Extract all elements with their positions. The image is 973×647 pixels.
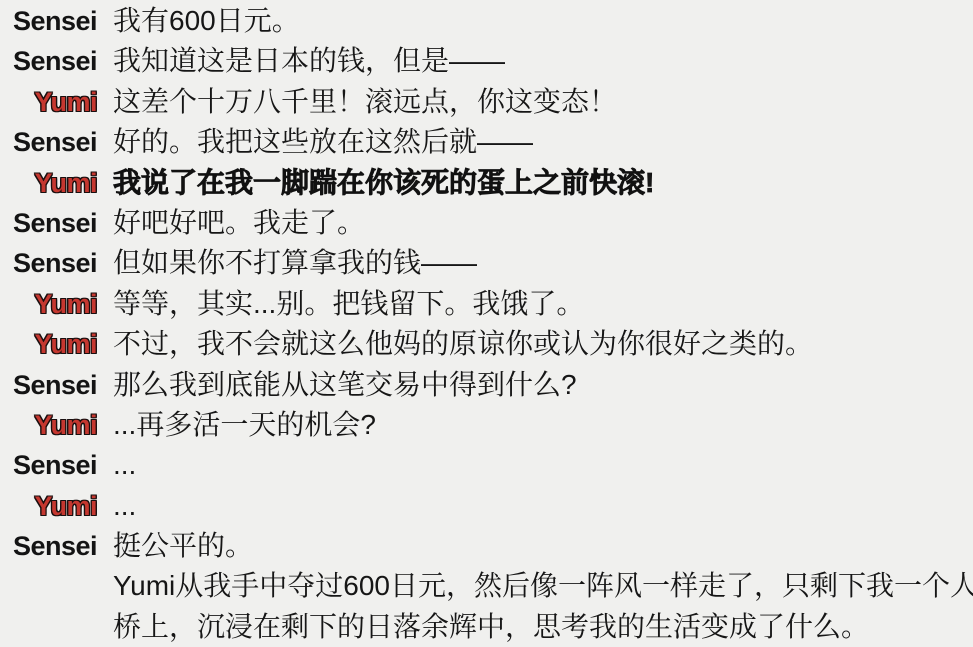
dialogue-text: 好的。我把这些放在这然后就—— (113, 122, 533, 162)
dialogue-text-emphasis: 我说了在我一脚踹在你该死的蛋上之前快滚! (113, 163, 654, 203)
narration-row: 桥上，沉浸在剩下的日落余辉中，思考我的生活变成了什么。 (0, 607, 973, 647)
dialogue-row: Sensei 好吧好吧。我走了。 (0, 203, 973, 243)
narration-text: 桥上，沉浸在剩下的日落余辉中，思考我的生活变成了什么。 (113, 607, 869, 647)
dialogue-text: ... (113, 486, 136, 526)
speaker-name: Yumi (0, 486, 97, 526)
dialogue-text: 但如果你不打算拿我的钱—— (113, 243, 477, 283)
dialogue-text: 好吧好吧。我走了。 (113, 203, 365, 243)
speaker-name: Sensei (0, 243, 97, 283)
speaker-name: Sensei (0, 122, 97, 162)
dialogue-row: Sensei ... (0, 445, 973, 485)
dialogue-row: Yumi ...再多活一天的机会? (0, 405, 973, 445)
speaker-name: Sensei (0, 365, 97, 405)
speaker-name: Yumi (0, 405, 97, 445)
speaker-name: Sensei (0, 1, 97, 41)
dialogue-text: 这差个十万八千里！滚远点，你这变态！ (113, 82, 617, 122)
dialogue-row: Sensei 但如果你不打算拿我的钱—— (0, 243, 973, 283)
dialogue-row: Sensei 好的。我把这些放在这然后就—— (0, 122, 973, 162)
dialogue-row: Sensei 挺公平的。 (0, 526, 973, 566)
dialogue-text: 不过，我不会就这么他妈的原谅你或认为你很好之类的。 (113, 324, 813, 364)
dialogue-row: Yumi ... (0, 486, 973, 526)
dialogue-row: Sensei 那么我到底能从这笔交易中得到什么? (0, 365, 973, 405)
dialogue-row: Yumi 不过，我不会就这么他妈的原谅你或认为你很好之类的。 (0, 324, 973, 364)
dialogue-text: ... (113, 445, 136, 485)
dialogue-text: 我有600日元。 (113, 1, 300, 41)
dialogue-row: Yumi 我说了在我一脚踹在你该死的蛋上之前快滚! (0, 163, 973, 203)
narration-text: Yumi从我手中夺过600日元，然后像一阵风一样走了，只剩下我一个人在 (113, 566, 973, 606)
dialogue-row: Yumi 等等，其实...别。把钱留下。我饿了。 (0, 284, 973, 324)
dialogue-text: ...再多活一天的机会? (113, 405, 376, 445)
dialogue-text: 那么我到底能从这笔交易中得到什么? (113, 365, 577, 405)
speaker-name: Sensei (0, 526, 97, 566)
dialogue-text: 挺公平的。 (113, 526, 253, 566)
speaker-name: Yumi (0, 284, 97, 324)
speaker-name: Yumi (0, 163, 97, 203)
speaker-name: Yumi (0, 324, 97, 364)
dialogue-history: Sensei 我有600日元。 Sensei 我知道这是日本的钱，但是—— Yu… (0, 0, 973, 647)
narration-row: Yumi从我手中夺过600日元，然后像一阵风一样走了，只剩下我一个人在 (0, 566, 973, 606)
dialogue-text: 我知道这是日本的钱，但是—— (113, 41, 505, 81)
dialogue-row: Yumi 这差个十万八千里！滚远点，你这变态！ (0, 82, 973, 122)
speaker-name: Sensei (0, 41, 97, 81)
speaker-name: Yumi (0, 82, 97, 122)
dialogue-text: 等等，其实...别。把钱留下。我饿了。 (113, 284, 584, 324)
speaker-name: Sensei (0, 203, 97, 243)
dialogue-row: Sensei 我有600日元。 (0, 1, 973, 41)
speaker-name: Sensei (0, 445, 97, 485)
dialogue-row: Sensei 我知道这是日本的钱，但是—— (0, 41, 973, 81)
